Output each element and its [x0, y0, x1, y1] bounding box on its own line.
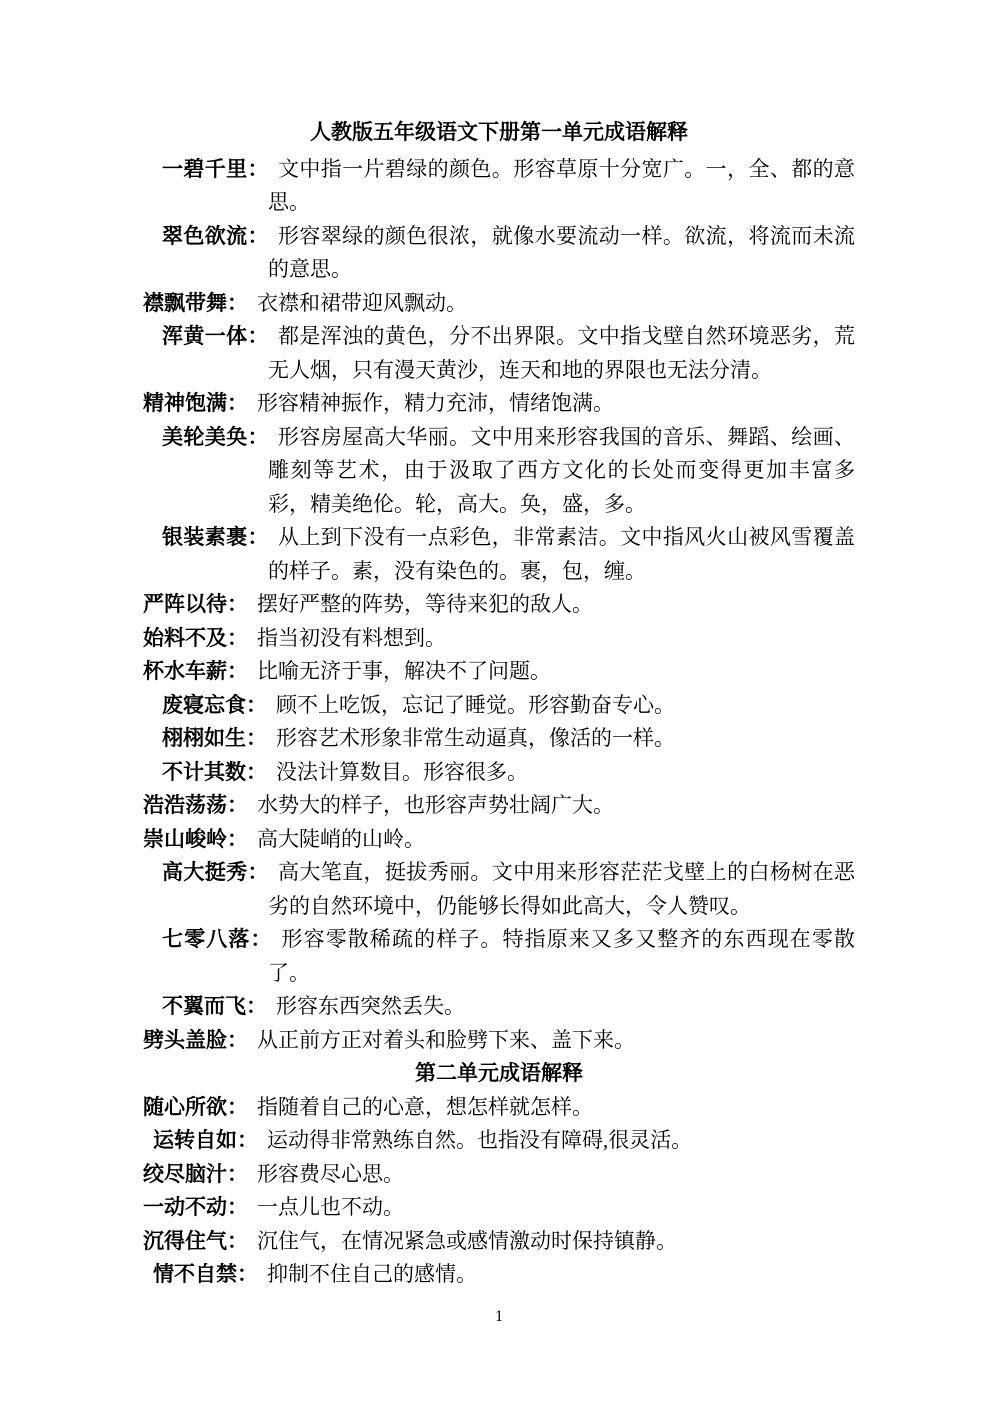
idiom-definition: 从正前方正对着头和脸劈下来、盖下来。 — [257, 1028, 635, 1052]
idiom-definition: 比喻无济于事，解决不了问题。 — [257, 659, 551, 683]
idiom-term: 情不自禁： — [153, 1262, 258, 1286]
idiom-entry: 一碧千里：文中指一片碧绿的颜色。形容草原十分宽广。一，全、都的意思。 — [162, 153, 855, 220]
idiom-entry: 浩浩荡荡：水势大的样子，也形容声势壮阔广大。 — [143, 789, 855, 823]
idiom-definition: 从上到下没有一点彩色，非常素洁。文中指风火山被风雪覆盖的样子。素，没有染色的。裹… — [268, 525, 855, 583]
idiom-definition: 形容房屋高大华丽。文中用来形容我国的音乐、舞蹈、绘画、雕刻等艺术，由于汲取了西方… — [268, 425, 855, 516]
idiom-definition: 形容东西突然丢失。 — [276, 994, 465, 1018]
idiom-entry: 始料不及：指当初没有料想到。 — [143, 622, 855, 656]
idiom-entry: 栩栩如生：形容艺术形象非常生动逼真，像活的一样。 — [162, 722, 855, 756]
idiom-term: 运转自如： — [153, 1128, 258, 1152]
idiom-term: 严阵以待： — [143, 592, 248, 616]
idiom-definition: 摆好严整的阵势，等待来犯的敌人。 — [257, 592, 593, 616]
idiom-definition: 形容费尽心思。 — [257, 1162, 404, 1186]
idiom-term: 不计其数： — [162, 760, 267, 784]
idiom-term: 随心所欲： — [143, 1095, 248, 1119]
idiom-entry: 不翼而飞：形容东西突然丢失。 — [162, 990, 855, 1024]
idiom-entry: 一动不动：一点儿也不动。 — [143, 1191, 855, 1225]
idiom-term: 精神饱满： — [143, 391, 248, 415]
idiom-definition: 形容精神振作，精力充沛，情绪饱满。 — [257, 391, 614, 415]
idiom-term: 银装素裹： — [162, 525, 269, 549]
idiom-entry: 不计其数：没法计算数目。形容很多。 — [162, 756, 855, 790]
idiom-term: 劈头盖脸： — [143, 1028, 248, 1052]
idiom-entry: 随心所欲：指随着自己的心意，想怎样就怎样。 — [143, 1091, 855, 1125]
idiom-term: 七零八落： — [162, 927, 273, 951]
idiom-entry: 沉得住气：沉住气，在情况紧急或感情激动时保持镇静。 — [143, 1225, 855, 1259]
idiom-definition: 一点儿也不动。 — [257, 1195, 404, 1219]
idiom-entry: 银装素裹：从上到下没有一点彩色，非常素洁。文中指风火山被风雪覆盖的样子。素，没有… — [162, 521, 855, 588]
idiom-definition: 指随着自己的心意，想怎样就怎样。 — [257, 1095, 593, 1119]
idiom-term: 一动不动： — [143, 1195, 248, 1219]
idiom-definition: 顾不上吃饭，忘记了睡觉。形容勤奋专心。 — [276, 693, 675, 717]
idiom-entry: 绞尽脑汁：形容费尽心思。 — [143, 1158, 855, 1192]
idiom-definition: 抑制不住自己的感情。 — [267, 1262, 477, 1286]
idiom-term: 浩浩荡荡： — [143, 793, 248, 817]
idiom-definition: 没法计算数目。形容很多。 — [276, 760, 528, 784]
idiom-term: 一碧千里： — [162, 157, 269, 181]
idiom-term: 绞尽脑汁： — [143, 1162, 248, 1186]
idiom-term: 襟飘带舞： — [143, 291, 248, 315]
idiom-entry: 严阵以待：摆好严整的阵势，等待来犯的敌人。 — [143, 588, 855, 622]
document-title: 人教版五年级语文下册第一单元成语解释 — [143, 116, 855, 150]
idiom-entry: 翠色欲流：形容翠绿的颜色很浓，就像水要流动一样。欲流，将流而未流的意思。 — [162, 220, 855, 287]
idiom-term: 栩栩如生： — [162, 726, 267, 750]
unit2-section-heading: 第二单元成语解释 — [143, 1057, 855, 1091]
idiom-definition: 都是浑浊的黄色，分不出界限。文中指戈壁自然环境恶劣，荒无人烟，只有漫天黄沙，连天… — [268, 324, 855, 382]
idiom-term: 不翼而飞： — [162, 994, 267, 1018]
idiom-definition: 形容艺术形象非常生动逼真，像活的一样。 — [276, 726, 675, 750]
idiom-term: 杯水车薪： — [143, 659, 248, 683]
idiom-entry: 杯水车薪：比喻无济于事，解决不了问题。 — [143, 655, 855, 689]
idiom-definition: 沉住气，在情况紧急或感情激动时保持镇静。 — [257, 1229, 677, 1253]
idiom-term: 沉得住气： — [143, 1229, 248, 1253]
idiom-entry: 美轮美奂：形容房屋高大华丽。文中用来形容我国的音乐、舞蹈、绘画、雕刻等艺术，由于… — [162, 421, 855, 522]
unit2-entry-list: 随心所欲：指随着自己的心意，想怎样就怎样。运转自如：运动得非常熟练自然。也指没有… — [143, 1091, 855, 1292]
idiom-entry: 高大挺秀：高大笔直，挺拔秀丽。文中用来形容茫茫戈壁上的白杨树在恶劣的自然环境中，… — [162, 856, 855, 923]
idiom-term: 废寝忘食： — [162, 693, 267, 717]
idiom-definition: 运动得非常熟练自然。也指没有障碍,很灵活。 — [267, 1128, 692, 1152]
idiom-entry: 精神饱满：形容精神振作，精力充沛，情绪饱满。 — [143, 387, 855, 421]
idiom-term: 翠色欲流： — [162, 224, 269, 248]
idiom-definition: 形容翠绿的颜色很浓，就像水要流动一样。欲流，将流而未流的意思。 — [268, 224, 855, 282]
idiom-definition: 高大陡峭的山岭。 — [257, 827, 425, 851]
idiom-entry: 情不自禁：抑制不住自己的感情。 — [153, 1258, 855, 1292]
idiom-entry: 废寝忘食：顾不上吃饭，忘记了睡觉。形容勤奋专心。 — [162, 689, 855, 723]
idiom-entry: 浑黄一体：都是浑浊的黄色，分不出界限。文中指戈壁自然环境恶劣，荒无人烟，只有漫天… — [162, 320, 855, 387]
idiom-definition: 文中指一片碧绿的颜色。形容草原十分宽广。一，全、都的意思。 — [268, 157, 855, 215]
idiom-entry: 七零八落：形容零散稀疏的样子。特指原来又多又整齐的东西现在零散了。 — [162, 923, 855, 990]
idiom-entry: 运转自如：运动得非常熟练自然。也指没有障碍,很灵活。 — [153, 1124, 855, 1158]
idiom-term: 崇山峻岭： — [143, 827, 248, 851]
unit1-entry-list: 一碧千里：文中指一片碧绿的颜色。形容草原十分宽广。一，全、都的意思。翠色欲流：形… — [143, 153, 855, 1058]
idiom-entry: 劈头盖脸：从正前方正对着头和脸劈下来、盖下来。 — [143, 1024, 855, 1058]
idiom-entry: 崇山峻岭：高大陡峭的山岭。 — [143, 823, 855, 857]
document-page: 人教版五年级语文下册第一单元成语解释 一碧千里：文中指一片碧绿的颜色。形容草原十… — [0, 0, 992, 1403]
idiom-term: 始料不及： — [143, 626, 248, 650]
idiom-definition: 高大笔直，挺拔秀丽。文中用来形容茫茫戈壁上的白杨树在恶劣的自然环境中，仍能够长得… — [268, 860, 855, 918]
idiom-term: 美轮美奂： — [162, 425, 269, 449]
idiom-term: 浑黄一体： — [162, 324, 269, 348]
idiom-definition: 衣襟和裙带迎风飘动。 — [257, 291, 467, 315]
page-number: 1 — [143, 1307, 855, 1327]
idiom-definition: 形容零散稀疏的样子。特指原来又多又整齐的东西现在零散了。 — [268, 927, 855, 985]
idiom-definition: 指当初没有料想到。 — [257, 626, 446, 650]
idiom-entry: 襟飘带舞：衣襟和裙带迎风飘动。 — [143, 287, 855, 321]
idiom-definition: 水势大的样子，也形容声势壮阔广大。 — [257, 793, 614, 817]
idiom-term: 高大挺秀： — [162, 860, 269, 884]
